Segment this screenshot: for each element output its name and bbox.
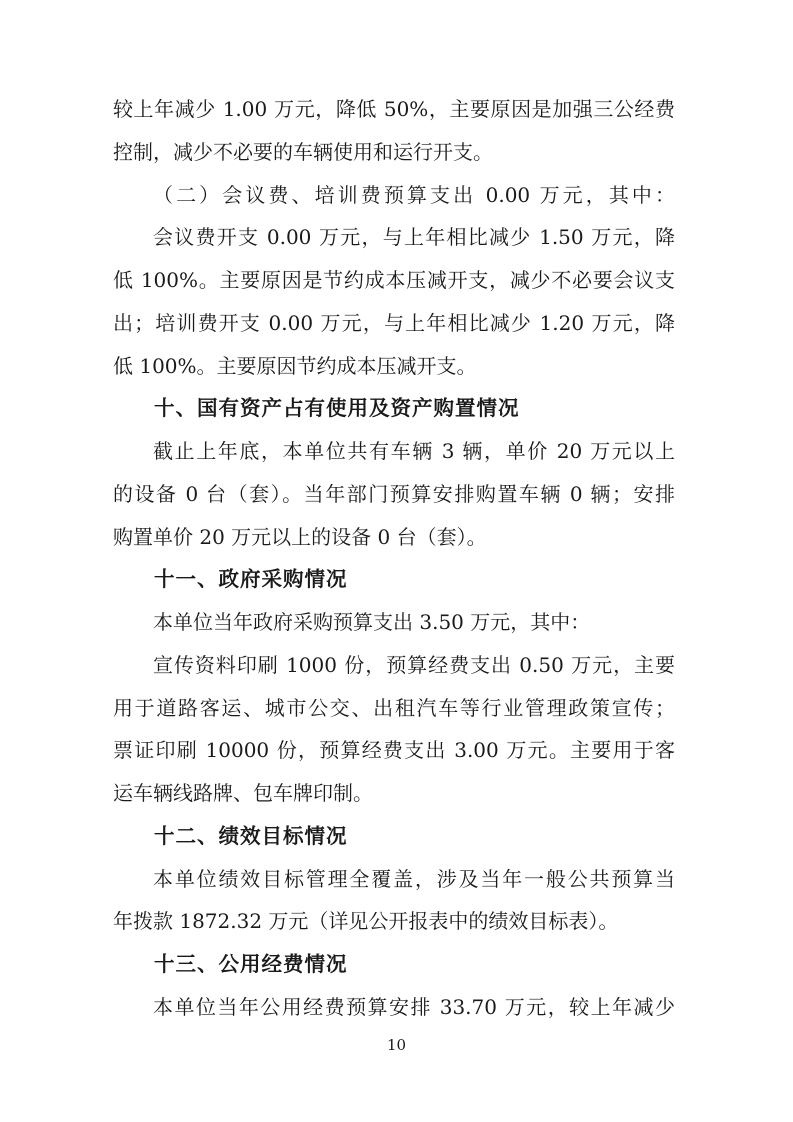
page-footer: 10 bbox=[0, 1036, 793, 1055]
paragraph-line: 控制，减少不必要的车辆使用和运行开支。 bbox=[113, 131, 675, 174]
paragraph-line: 截止上年底，本单位共有车辆 3 辆，单价 20 万元以上 bbox=[113, 430, 675, 473]
paragraph-line: 会议费开支 0.00 万元，与上年相比减少 1.50 万元，降 bbox=[113, 216, 675, 259]
paragraph-line: 出；培训费开支 0.00 万元，与上年相比减少 1.20 万元，降 bbox=[113, 302, 675, 345]
paragraph-line: 低 100%。主要原因是节约成本压减开支，减少不必要会议支 bbox=[113, 259, 675, 302]
page-number: 10 bbox=[387, 1036, 406, 1054]
paragraph-line: 本单位当年公用经费预算安排 33.70 万元，较上年减少 bbox=[113, 986, 675, 1029]
paragraph-line: 宣传资料印刷 1000 份，预算经费支出 0.50 万元，主要 bbox=[113, 644, 675, 687]
paragraph-line: 运车辆线路牌、包车牌印制。 bbox=[113, 772, 675, 815]
paragraph-line: （二）会议费、培训费预算支出 0.00 万元，其中： bbox=[113, 174, 675, 217]
paragraph-line: 购置单价 20 万元以上的设备 0 台（套）。 bbox=[113, 516, 675, 559]
paragraph-line: 本单位绩效目标管理全覆盖，涉及当年一般公共预算当 bbox=[113, 858, 675, 901]
section-heading-assets: 十、国有资产占有使用及资产购置情况 bbox=[113, 387, 675, 430]
paragraph-line: 较上年减少 1.00 万元，降低 50%，主要原因是加强三公经费 bbox=[113, 88, 675, 131]
paragraph-line: 票证印刷 10000 份，预算经费支出 3.00 万元。主要用于客 bbox=[113, 729, 675, 772]
document-body: 较上年减少 1.00 万元，降低 50%，主要原因是加强三公经费 控制，减少不必… bbox=[113, 88, 675, 1029]
paragraph-line: 用于道路客运、城市公交、出租汽车等行业管理政策宣传； bbox=[113, 687, 675, 730]
section-heading-public-funds: 十三、公用经费情况 bbox=[113, 943, 675, 986]
paragraph-line: 年拨款 1872.32 万元（详见公开报表中的绩效目标表）。 bbox=[113, 900, 675, 943]
paragraph-line: 本单位当年政府采购预算支出 3.50 万元，其中： bbox=[113, 601, 675, 644]
section-heading-procurement: 十一、政府采购情况 bbox=[113, 558, 675, 601]
paragraph-line: 的设备 0 台（套）。当年部门预算安排购置车辆 0 辆；安排 bbox=[113, 473, 675, 516]
document-page: 较上年减少 1.00 万元，降低 50%，主要原因是加强三公经费 控制，减少不必… bbox=[0, 0, 793, 1122]
section-heading-performance: 十二、绩效目标情况 bbox=[113, 815, 675, 858]
paragraph-line: 低 100%。主要原因节约成本压减开支。 bbox=[113, 345, 675, 388]
